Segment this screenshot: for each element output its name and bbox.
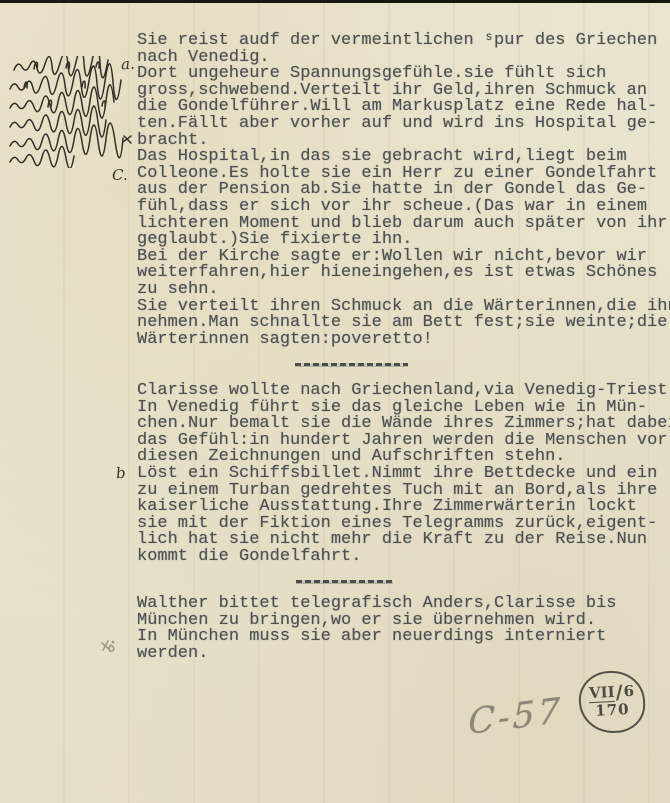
typed-line: werden.: [137, 646, 616, 663]
stamp-slash: /: [615, 684, 623, 701]
typed-paragraph-venice: Sie reist audf der vermeintlichen ˢpur d…: [137, 33, 670, 348]
margin-mark-c: C.: [112, 166, 128, 184]
scan-edge-top: [0, 0, 670, 3]
pencil-smudge-mark: [96, 633, 122, 659]
stamp-number: 170: [595, 701, 630, 720]
typed-line: In München muss sie aber neuerdings inte…: [137, 629, 616, 646]
scanned-page: Sie reist audf der vermeintlichen ˢpur d…: [0, 0, 670, 803]
typed-line: kommt die Gondelfahrt.: [137, 549, 670, 566]
typed-line: ten.Fällt aber vorher auf und wird ins H…: [137, 116, 670, 133]
margin-mark-a: a.: [120, 55, 135, 74]
typed-line: Wärterinnen sagten:poveretto!: [137, 332, 670, 349]
archive-stamp-circle: VII / 6 170: [577, 669, 646, 734]
typed-paragraph-clarisse: Clarisse wollte nach Griechenland,via Ve…: [137, 383, 670, 566]
typed-section-divider-2: [296, 580, 393, 583]
typed-section-divider-1: [295, 363, 408, 366]
typed-paragraph-walther: Walther bittet telegrafisch Anders,Clari…: [137, 596, 616, 662]
stamp-suffix: 6: [623, 684, 634, 700]
typed-line: zu sehn.: [137, 282, 670, 299]
margin-mark-b: b: [115, 464, 126, 483]
margin-handwriting-note: [4, 56, 136, 168]
pencil-archive-code: C-57: [468, 691, 563, 743]
